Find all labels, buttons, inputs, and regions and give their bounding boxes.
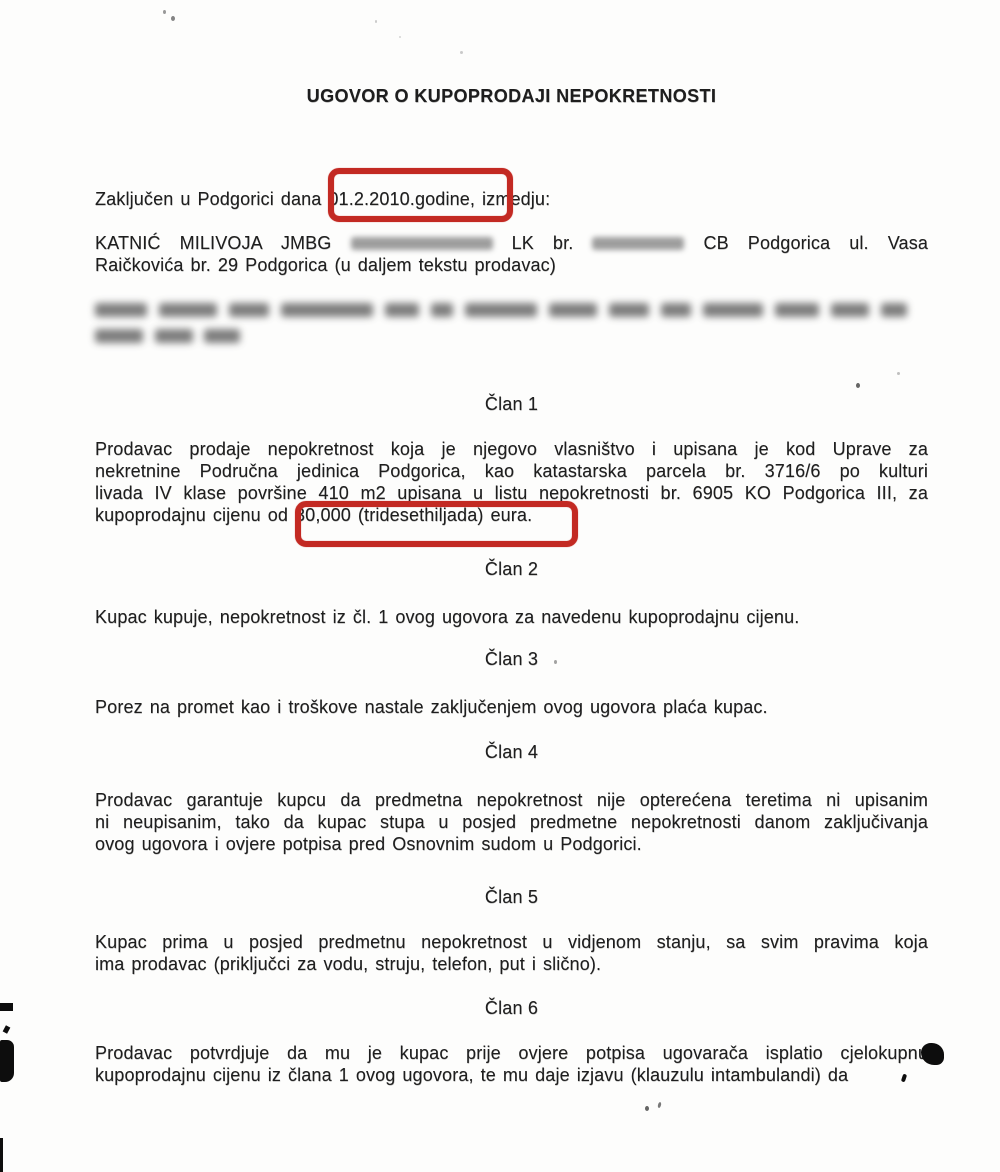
article-4-line-1: Prodavac garantuje kupcu da predmetna ne… [95,789,928,811]
article-2-line-1: Kupac kupuje, nepokretnost iz čl. 1 ovog… [95,606,928,628]
seller-address-part: CB Podgorica ul. Vasa [703,233,928,253]
scan-speck [554,660,557,664]
intro-paragraph: Zaključen u Podgorici dana 01.2.2010.god… [95,188,928,210]
ink-mark-bar [0,1003,13,1011]
intro-line: Zaključen u Podgorici dana 01.2.2010.god… [95,188,928,210]
ink-mark-right-blob [921,1043,944,1065]
redacted-buyer-line-2 [95,329,240,343]
ink-mark-edge-line [0,1138,3,1172]
article-4-line-2: ni neupisanim, tako da kupac stupa u pos… [95,811,928,833]
scan-speck [375,20,377,23]
article-4-line-3: ovog ugovora i ovjere potpisa pred Osnov… [95,833,928,855]
article-3-line-1: Porez na promet kao i troškove nastale z… [95,696,928,718]
article-1-line-2: nekretnine Područna jedinica Podgorica, … [95,460,928,482]
article-6-paragraph: Prodavac potvrdjuje da mu je kupac prije… [95,1042,928,1086]
article-4-heading: Član 4 [95,741,928,763]
article-3-paragraph: Porez na promet kao i troškove nastale z… [95,696,928,718]
article-6-heading: Član 6 [95,997,928,1019]
article-5-heading: Član 5 [95,886,928,908]
scan-speck [657,1102,661,1109]
article-2-heading: Član 2 [95,558,928,580]
article-1-line-4: kupoprodajnu cijenu od 30,000 (trideseth… [95,504,928,526]
article-1-heading: Član 1 [95,393,928,415]
article-1-line-3: livada IV klase površine 410 m2 upisana … [95,482,928,504]
seller-paragraph: KATNIĆ MILIVOJA JMBG LK br. CB Podgorica… [95,232,928,276]
article-4-paragraph: Prodavac garantuje kupcu da predmetna ne… [95,789,928,855]
seller-name-jmbg-label: KATNIĆ MILIVOJA JMBG [95,233,331,253]
document-title: UGOVOR O KUPOPRODAJI NEPOKRETNOSTI [95,86,928,107]
article-6-line-1: Prodavac potvrdjuje da mu je kupac prije… [95,1042,928,1064]
ink-mark-blob [0,1040,14,1082]
seller-lk-label: LK br. [512,233,574,253]
ink-mark-tick [3,1025,11,1034]
scan-speck [897,372,900,375]
article-2-paragraph: Kupac kupuje, nepokretnost iz čl. 1 ovog… [95,606,928,628]
article-1-paragraph: Prodavac prodaje nepokretnost koja je nj… [95,438,928,526]
redacted-jmbg-number [351,237,493,250]
scan-speck [856,383,860,388]
article-6-line-2: kupoprodajnu cijenu iz člana 1 ovog ugov… [95,1064,928,1086]
redacted-buyer-line-1 [95,303,907,317]
scan-speck [399,36,401,38]
article-1-line-1: Prodavac prodaje nepokretnost koja je nj… [95,438,928,460]
scan-speck [645,1106,649,1111]
scanned-contract-page: UGOVOR O KUPOPRODAJI NEPOKRETNOSTI Zaklj… [0,0,1000,1172]
article-3-heading: Član 3 [95,648,928,670]
article-5-paragraph: Kupac prima u posjed predmetnu nepokretn… [95,931,928,975]
seller-line-2: Raičkovića br. 29 Podgorica (u daljem te… [95,254,928,276]
scan-speck [163,10,166,14]
seller-line-1: KATNIĆ MILIVOJA JMBG LK br. CB Podgorica… [95,232,928,254]
scan-speck [171,16,175,21]
redacted-lk-number [592,237,684,250]
article-5-line-2: ima prodavac (priključci za vodu, struju… [95,953,928,975]
scan-speck [460,51,463,54]
article-5-line-1: Kupac prima u posjed predmetnu nepokretn… [95,931,928,953]
redacted-buyer-paragraph [95,303,907,343]
